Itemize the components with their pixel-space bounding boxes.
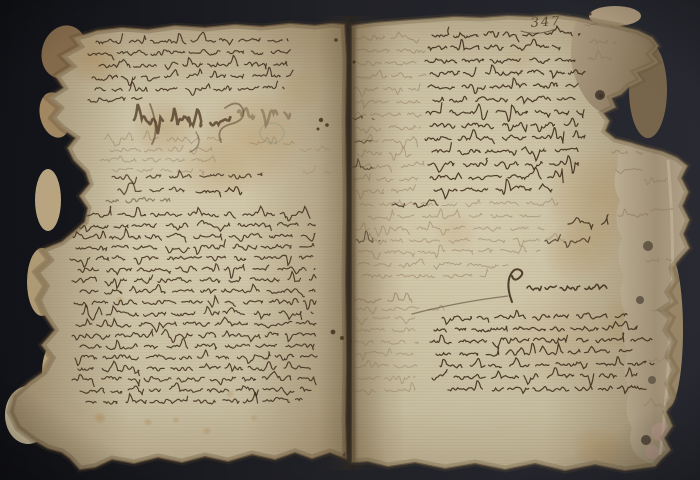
manuscript-photo: 347: [0, 0, 700, 480]
manuscript-svg: 347: [0, 0, 700, 480]
photo-vignette: [0, 0, 700, 480]
